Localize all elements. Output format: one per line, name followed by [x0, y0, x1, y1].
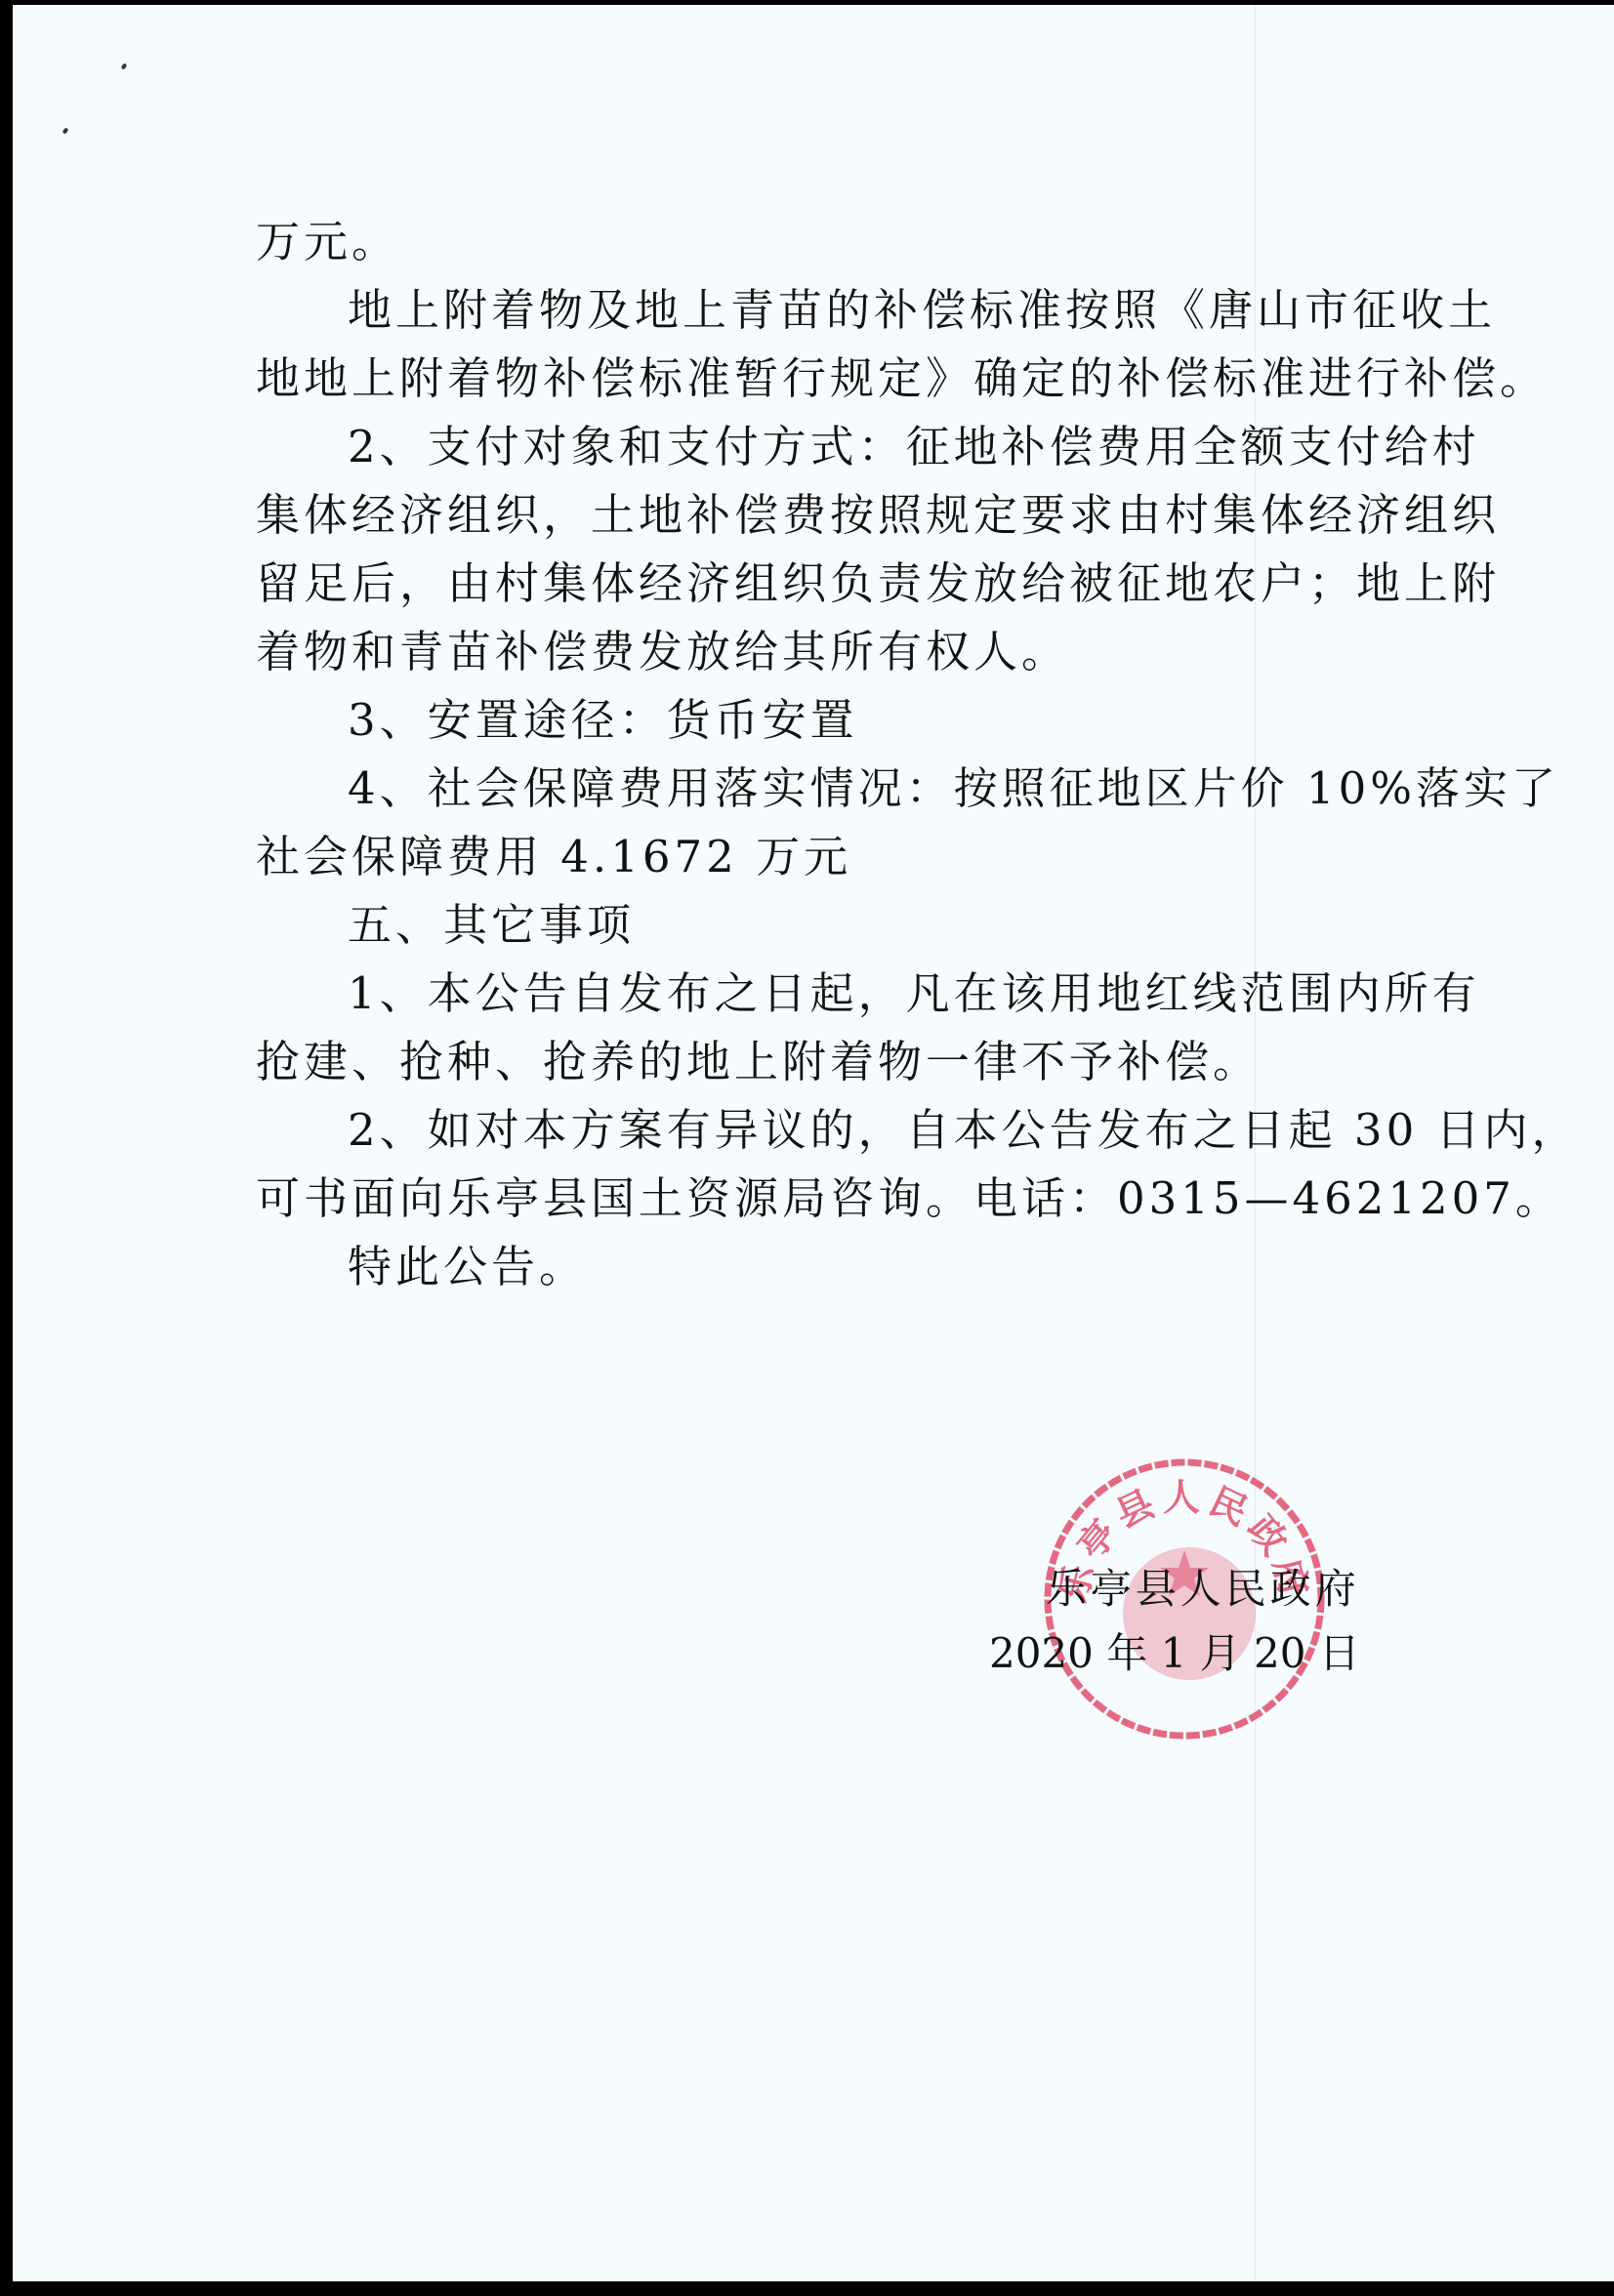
text-line: 地上附着物及地上青苗的补偿标准按照《唐山市征收土	[256, 276, 1413, 345]
text-line: 地地上附着物补偿标准暂行规定》确定的补偿标准进行补偿。	[256, 345, 1413, 413]
text-line: 集体经济组织，土地补偿费按照规定要求由村集体经济组织	[256, 481, 1413, 550]
scan-speck	[121, 62, 128, 69]
signing-organization: 乐亭县人民政府	[989, 1557, 1360, 1621]
section-heading: 五、其它事项	[256, 891, 1413, 960]
text-line: 4、社会保障费用落实情况：按照征地区片价 10%落实了	[256, 755, 1413, 823]
text-line: 万元。	[256, 208, 1413, 276]
text-line: 留足后，由村集体经济组织负责发放给被征地农户；地上附	[256, 550, 1413, 618]
text-line: 3、安置途径：货币安置	[256, 686, 1413, 755]
document-page: 万元。 地上附着物及地上青苗的补偿标准按照《唐山市征收土 地地上附着物补偿标准暂…	[13, 5, 1614, 2281]
signing-date: 2020 年 1 月 20 日	[989, 1621, 1360, 1686]
closing-line: 特此公告。	[256, 1233, 1413, 1301]
text-line: 1、本公告自发布之日起，凡在该用地红线范围内所有	[256, 960, 1413, 1028]
text-line: 2、如对本方案有异议的，自本公告发布之日起 30 日内，	[256, 1096, 1413, 1165]
signature-block: 乐亭县人民政府 2020 年 1 月 20 日	[989, 1557, 1360, 1686]
text-line: 抢建、抢种、抢养的地上附着物一律不予补偿。	[256, 1028, 1413, 1096]
text-line: 可书面向乐亭县国土资源局咨询。电话：0315—4621207。	[256, 1165, 1413, 1233]
text-line: 2、支付对象和支付方式：征地补偿费用全额支付给村	[256, 413, 1413, 481]
document-body: 万元。 地上附着物及地上青苗的补偿标准按照《唐山市征收土 地地上附着物补偿标准暂…	[256, 208, 1413, 1301]
scan-speck	[62, 127, 69, 134]
text-line: 着物和青苗补偿费发放给其所有权人。	[256, 618, 1413, 686]
text-line: 社会保障费用 4.1672 万元	[256, 823, 1413, 891]
